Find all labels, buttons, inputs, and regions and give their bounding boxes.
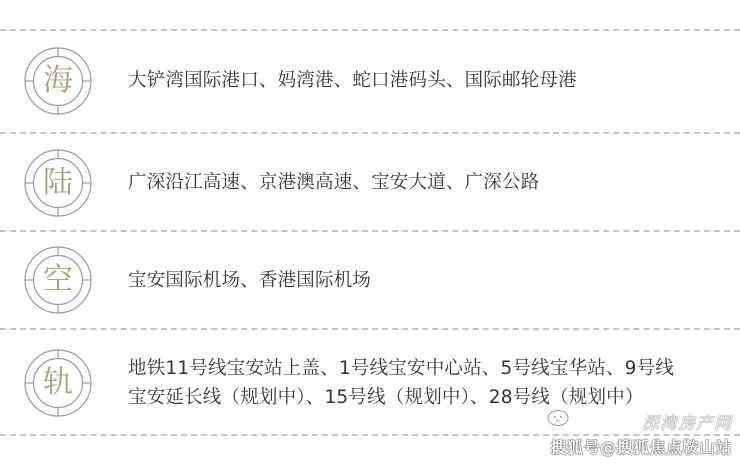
watermark-brand: 深湾房产网 — [550, 409, 732, 434]
badge-char-air: 空 — [23, 245, 93, 315]
watermark-brand-text: 深湾房产网 — [642, 414, 732, 434]
row-text-sea: 大铲湾国际港口、妈湾港、蛇口港码头、国际邮轮母港 — [128, 66, 577, 96]
badge-sea: 海 — [23, 46, 93, 116]
row-text-land: 广深沿江高速、京港澳高速、宝安大道、广深公路 — [128, 168, 539, 198]
badge-air: 空 — [23, 245, 93, 315]
watermark-source: 搜狐号@搜狐焦点鞍山站 — [550, 435, 732, 458]
divider-3 — [0, 328, 740, 330]
badge-char-land: 陆 — [23, 148, 93, 218]
watermark: 深湾房产网 搜狐号@搜狐焦点鞍山站 — [550, 409, 732, 458]
row-text-rail-line1: 地铁11号线宝安站上盖、1号线宝安中心站、5号线宝华站、9号线 — [128, 354, 674, 384]
divider-1 — [0, 132, 740, 134]
badge-char-rail: 轨 — [23, 348, 93, 418]
row-text-air: 宝安国际机场、香港国际机场 — [128, 266, 371, 296]
badge-char-sea: 海 — [23, 46, 93, 116]
divider-2 — [0, 230, 740, 232]
divider-top — [0, 29, 740, 31]
chick-logo-icon — [544, 407, 572, 427]
badge-rail: 轨 — [23, 348, 93, 418]
badge-land: 陆 — [23, 148, 93, 218]
